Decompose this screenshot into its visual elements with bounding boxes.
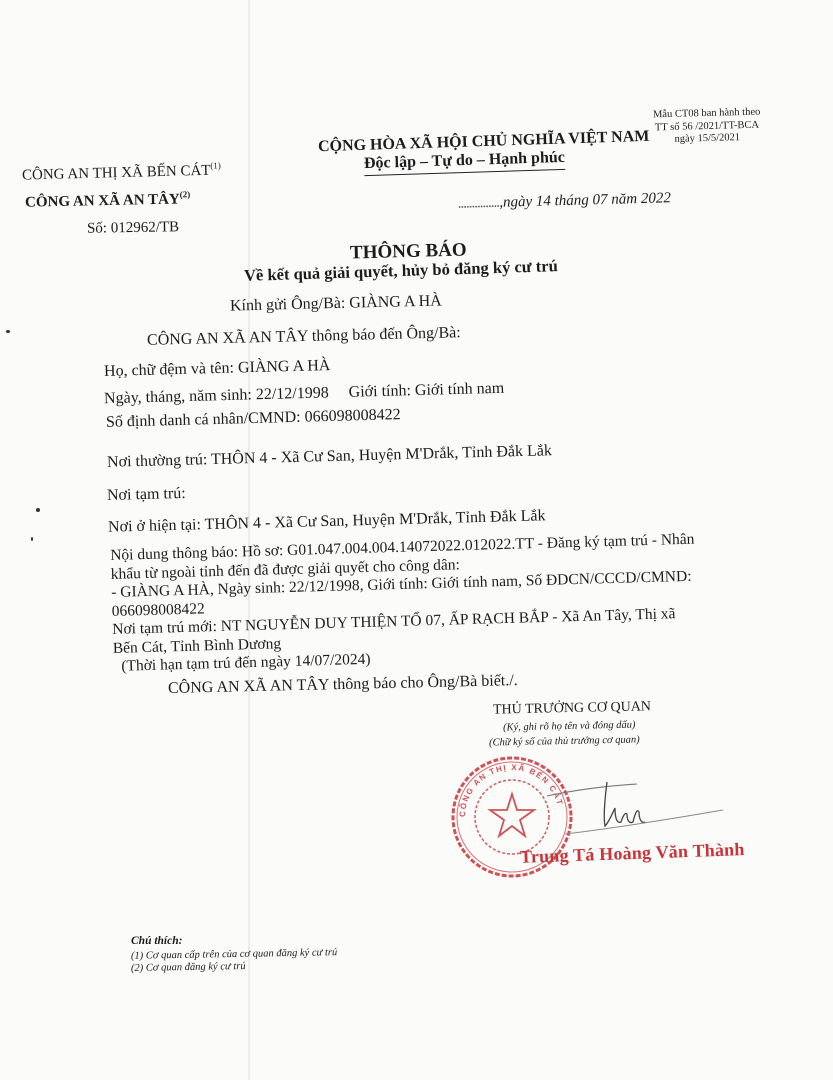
field-permanent-residence: Nơi thường trú: THÔN 4 - Xã Cư San, Huyệ…	[107, 442, 552, 472]
issuing-agency-name: CÔNG AN XÃ AN TÂY	[25, 191, 180, 210]
signatory-note: (Ký, ghi rõ họ tên và đóng dấu)	[503, 720, 636, 734]
footnote-item: (2) Cơ quan đăng ký cư trú	[131, 961, 246, 974]
footnote-item: (1) Cơ quan cấp trên của cơ quan đăng ký…	[131, 947, 337, 962]
field-id-number: Số định danh cá nhân/CMND: 066098008422	[106, 406, 401, 432]
intro-line: CÔNG AN XÃ AN TÂY thông báo đến Ông/Bà:	[147, 324, 461, 350]
issue-date-text: ,ngày 14 tháng 07 năm 2022	[499, 190, 671, 210]
field-dob-gender: Ngày, tháng, năm sinh: 22/12/1998Giới tí…	[104, 380, 505, 408]
footnotes-heading: Chú thích:	[131, 935, 182, 947]
star-icon	[490, 794, 534, 836]
notice-content: Nội dung thông báo: Hồ sơ: G01.047.004.0…	[110, 531, 698, 677]
scan-speck	[6, 330, 10, 333]
form-template-note: Mẫu CT08 ban hành theo TT số 56 /2021/TT…	[652, 107, 763, 147]
field-dob: Ngày, tháng, năm sinh: 22/12/1998	[104, 384, 329, 407]
salutation: Kính gửi Ông/Bà: GIÀNG A HÀ	[230, 292, 442, 315]
signatory-title: THỦ TRƯỞNG CƠ QUAN	[493, 699, 651, 718]
document-number: Số: 012962/TB	[87, 219, 179, 238]
parent-agency-name: CÔNG AN THỊ XÃ BẾN CÁT	[22, 163, 211, 184]
residence-notice-document: Mẫu CT08 ban hành theo TT số 56 /2021/TT…	[0, 0, 833, 1080]
signatory-digital-note: (Chữ ký số của thủ trưởng cơ quan)	[489, 734, 640, 748]
issuing-agency: CÔNG AN XÃ AN TÂY(2)	[25, 189, 191, 211]
scan-speck	[36, 508, 40, 512]
field-temporary-residence: Nơi tạm trú:	[107, 485, 186, 505]
footnote-ref-2: (2)	[180, 189, 191, 199]
field-full-name: Họ, chữ đệm và tên: GIÀNG A HÀ	[104, 357, 331, 381]
closing-line: CÔNG AN XÃ AN TÂY thông báo cho Ông/Bà b…	[168, 672, 518, 698]
document-subtitle: Về kết quả giải quyết, hủy bỏ đăng ký cư…	[244, 256, 558, 286]
field-current-residence: Nơi ở hiện tại: THÔN 4 - Xã Cư San, Huyệ…	[108, 507, 546, 536]
parent-agency: CÔNG AN THỊ XÃ BẾN CÁT(1)	[22, 160, 221, 184]
issue-date: ...............,ngày 14 tháng 07 năm 202…	[458, 190, 671, 213]
footnote-ref-1: (1)	[210, 160, 221, 170]
date-placeholder-dots: ...............	[458, 195, 500, 212]
scan-speck	[31, 537, 33, 541]
handwritten-signature	[545, 768, 725, 848]
field-gender: Giới tính: Giới tính nam	[348, 380, 504, 401]
scan-fold-line	[248, 0, 250, 1080]
